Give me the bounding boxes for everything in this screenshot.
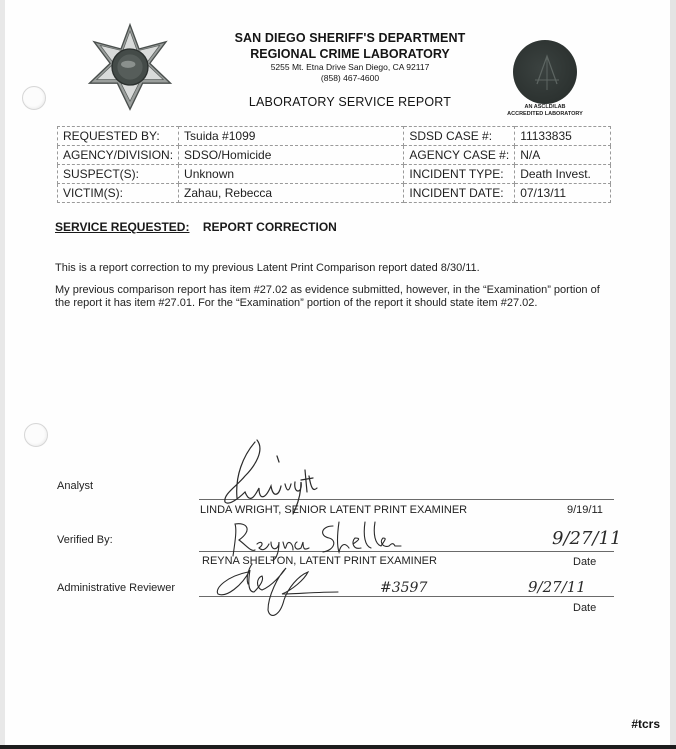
- field-value: 07/13/11: [515, 184, 611, 203]
- field-value: Death Invest.: [515, 165, 611, 184]
- field-value: 11133835: [515, 127, 611, 146]
- document-page: SAN DIEGO SHERIFF'S DEPARTMENT REGIONAL …: [0, 0, 676, 745]
- admin-handwritten-date: 9/27/11: [528, 578, 586, 596]
- table-row: AGENCY/DIVISION: SDSO/Homicide AGENCY CA…: [58, 146, 611, 165]
- field-value: Unknown: [179, 165, 404, 184]
- field-value: N/A: [515, 146, 611, 165]
- field-label: AGENCY/DIVISION:: [58, 146, 179, 165]
- field-value: SDSO/Homicide: [179, 146, 404, 165]
- body-paragraph: My previous comparison report has item #…: [55, 284, 610, 309]
- punch-hole: [22, 86, 46, 110]
- watermark-tag: #tcrs: [631, 717, 660, 731]
- department-name: SAN DIEGO SHERIFF'S DEPARTMENT: [200, 31, 500, 45]
- service-requested-label: SERVICE REQUESTED:: [55, 220, 189, 234]
- ascld-lab-seal-icon: [513, 40, 577, 104]
- date-label: Date: [573, 602, 596, 614]
- field-label: VICTIM(S):: [58, 184, 179, 203]
- analyst-name-title: LINDA WRIGHT, SENIOR LATENT PRINT EXAMIN…: [200, 504, 467, 516]
- table-row: REQUESTED BY: Tsuida #1099 SDSD CASE #: …: [58, 127, 611, 146]
- admin-handwritten-id: #3597: [380, 580, 427, 596]
- verified-handwritten-date: 9/27/11: [552, 528, 621, 549]
- lab-phone: (858) 467-4600: [200, 73, 500, 83]
- page-right-edge: [670, 0, 676, 745]
- field-label: SDSD CASE #:: [404, 127, 515, 146]
- punch-hole: [24, 423, 48, 447]
- field-label: REQUESTED BY:: [58, 127, 179, 146]
- field-label: SUSPECT(S):: [58, 165, 179, 184]
- field-label: INCIDENT DATE:: [404, 184, 515, 203]
- analyst-label: Analyst: [57, 480, 93, 492]
- sheriff-star-badge-icon: [85, 22, 175, 112]
- admin-reviewer-label: Administrative Reviewer: [57, 582, 175, 594]
- bottom-bar: [0, 745, 676, 749]
- analyst-date: 9/19/11: [567, 504, 603, 516]
- body-paragraph: This is a report correction to my previo…: [55, 262, 610, 275]
- verified-by-label: Verified By:: [57, 534, 113, 546]
- accreditation-line: ACCREDITED LABORATORY: [490, 111, 600, 118]
- field-value: Tsuida #1099: [179, 127, 404, 146]
- table-row: SUSPECT(S): Unknown INCIDENT TYPE: Death…: [58, 165, 611, 184]
- service-requested-value: REPORT CORRECTION: [203, 220, 337, 234]
- case-info-table: REQUESTED BY: Tsuida #1099 SDSD CASE #: …: [57, 126, 611, 203]
- accreditation-caption: AN ASCLD/LAB ACCREDITED LABORATORY: [490, 104, 600, 117]
- page-left-edge: [0, 0, 5, 745]
- laboratory-name: REGIONAL CRIME LABORATORY: [200, 47, 500, 61]
- report-title: LABORATORY SERVICE REPORT: [200, 95, 500, 109]
- table-row: VICTIM(S): Zahau, Rebecca INCIDENT DATE:…: [58, 184, 611, 203]
- date-label: Date: [573, 556, 596, 568]
- service-requested: SERVICE REQUESTED: REPORT CORRECTION: [55, 220, 337, 234]
- field-label: AGENCY CASE #:: [404, 146, 515, 165]
- signature-admin-reviewer: [208, 560, 348, 622]
- field-value: Zahau, Rebecca: [179, 184, 404, 203]
- field-label: INCIDENT TYPE:: [404, 165, 515, 184]
- lab-address: 5255 Mt. Etna Drive San Diego, CA 92117: [200, 62, 500, 72]
